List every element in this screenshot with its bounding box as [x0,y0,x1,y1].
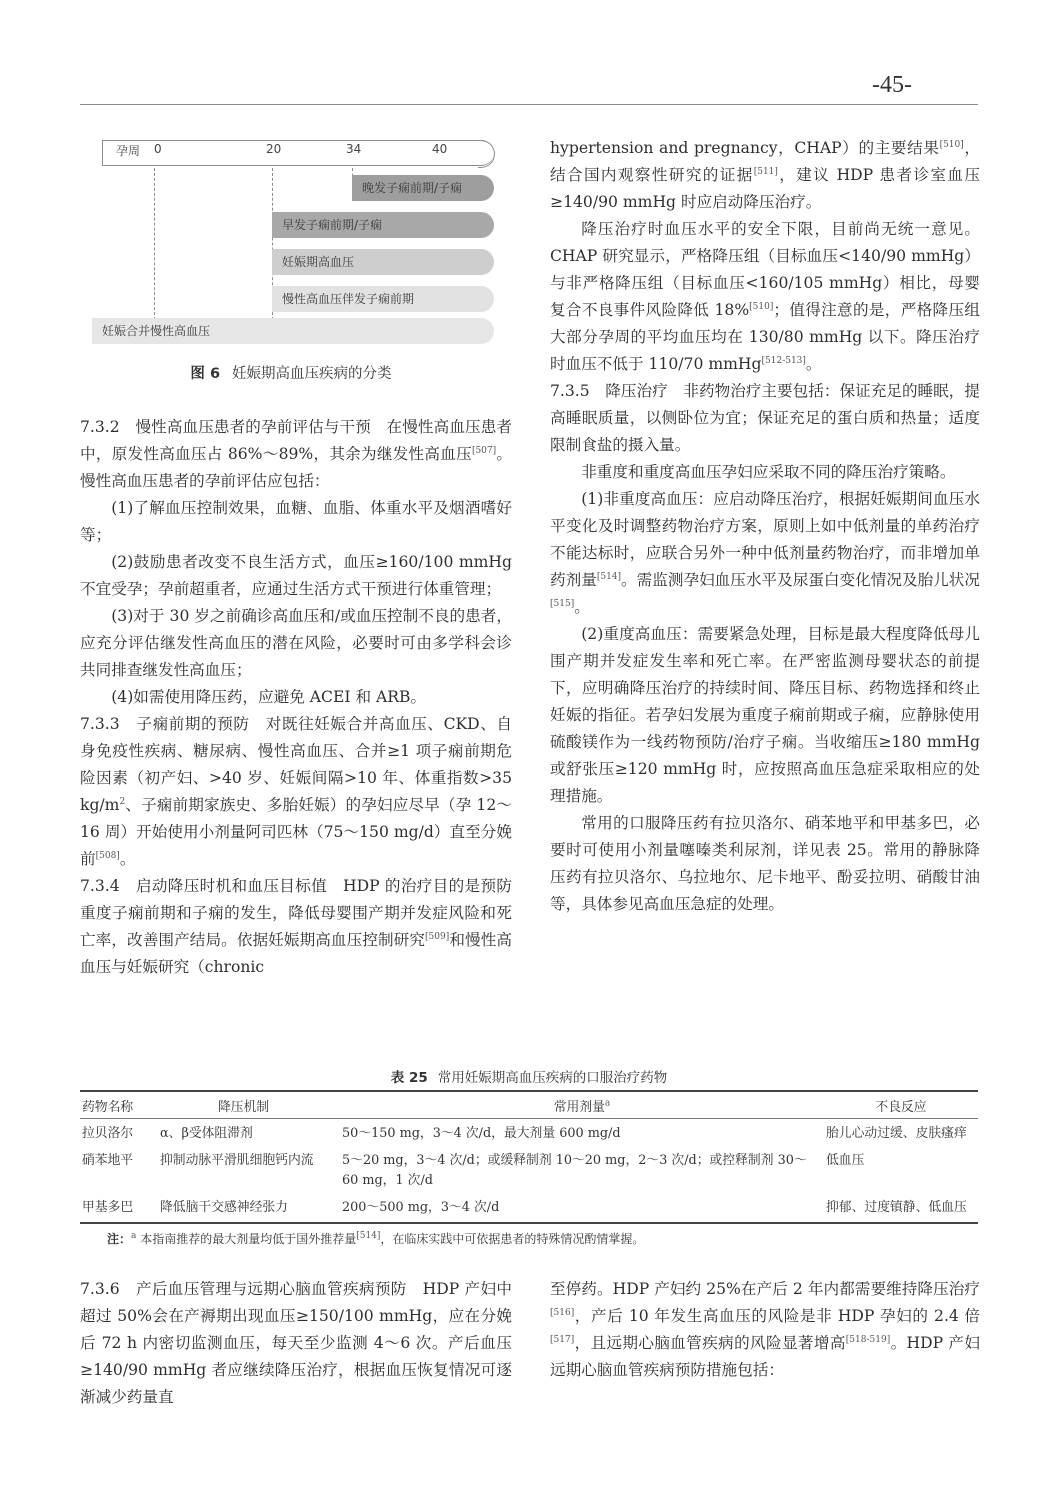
right-column: hypertension and pregnancy，CHAP）的主要结果[51… [550,135,980,918]
bar-late-onset-preeclampsia: 晚发子痫前期/子痫 [352,175,494,201]
axis-tick-0: 0 [154,142,162,156]
citation: [512-513] [762,356,806,366]
section-heading-7-3-3: 7.3.3 子痫前期的预防 [80,715,250,733]
citation: [517] [550,1335,574,1345]
axis-tick-20: 20 [266,142,281,156]
citation: [518-519] [846,1335,890,1345]
section-heading-7-3-2: 7.3.2 慢性高血压患者的孕前评估与干预 [80,418,371,436]
paragraph-treatment-strategy: 非重度和重度高血压孕妇应采取不同的降压治疗策略。 [550,459,980,486]
section-7-3-6: 7.3.6 产后血压管理与远期心脑血管疾病预防 HDP 产妇中超过 50%会在产… [80,1276,512,1411]
section-heading-7-3-6: 7.3.6 产后血压管理与远期心脑血管疾病预防 [80,1280,407,1298]
bar-chronic-hypertension-with-preeclampsia: 慢性高血压伴发子痫前期 [272,286,494,312]
figure-label: 图 6 [190,366,220,382]
list-item-1: (1)了解血压控制效果，血糖、血脂、体重水平及烟酒嗜好等； [80,495,512,549]
list-item-4: (4)如需使用降压药，应避免 ACEI 和 ARB。 [80,684,512,711]
table-row: 甲基多巴 降低脑干交感神经张力 200～500 mg，3～4 次/d 抑郁、过度… [80,1193,978,1223]
citation: [514] [356,1231,380,1241]
figure-6-classification-diagram: 孕周 0 20 34 40 晚发子痫前期/子痫 早发子痫前期/子痫 妊娠期高血压… [86,138,496,348]
bottom-left-column: 7.3.6 产后血压管理与远期心脑血管疾病预防 HDP 产妇中超过 50%会在产… [80,1276,512,1411]
left-column: 7.3.2 慢性高血压患者的孕前评估与干预 在慢性高血压患者中，原发性高血压占 … [80,414,512,981]
citation: [508] [96,851,120,861]
list-item-3: (3)对于 30 岁之前确诊高血压和/或血压控制不良的患者，应充分评估继发性高血… [80,603,512,684]
table-title: 表 25常用妊娠期高血压疾病的口服治疗药物 [80,1066,978,1086]
citation: [514] [597,572,621,582]
section-7-3-5: 7.3.5 降压治疗 非药物治疗主要包括：保证充足的睡眠，提高睡眠质量，以侧卧位… [550,378,980,459]
header-divider [80,104,978,105]
paragraph-common-drugs: 常用的口服降压药有拉贝洛尔、硝苯地平和甲基多巴，必要时可使用小剂量噻嗪类利尿剂，… [550,810,980,918]
bar-pregnancy-with-chronic-hypertension: 妊娠合并慢性高血压 [92,318,494,344]
section-7-3-3: 7.3.3 子痫前期的预防 对既往妊娠合并高血压、CKD、自身免疫性疾病、糖尿病… [80,711,512,873]
table-footnote: 注：a 本指南推荐的最大剂量均低于国外推荐量[514]，在临床实践中可依据患者的… [107,1230,644,1247]
section-heading-7-3-4: 7.3.4 启动降压时机和血压目标值 [80,877,327,895]
axis-tick-34: 34 [346,142,361,156]
citation: [510] [940,140,964,150]
header-drug-name: 药物名称 [80,1091,158,1119]
paragraph-severe-hypertension: (2)重度高血压：需要紧急处理，目标是最大程度降低母儿围产期并发症发生率和死亡率… [550,621,980,810]
header-adverse-reactions: 不良反应 [824,1091,978,1119]
paragraph-postpartum-followup: 至停药。HDP 产妇约 25%在产后 2 年内都需要维持降压治疗[516]，产后… [550,1276,980,1384]
citation: [510] [749,302,773,312]
table-row: 硝苯地平 抑制动脉平滑肌细胞钙内流 5～20 mg，3～4 次/d；或缓释制剂 … [80,1146,978,1193]
axis-title: 孕周 [116,142,140,159]
week-0-dashed-line [154,168,155,320]
paragraph-chap-results: hypertension and pregnancy，CHAP）的主要结果[51… [550,135,980,216]
citation: [511] [754,167,778,177]
citation: [509] [425,932,449,942]
section-7-3-2: 7.3.2 慢性高血压患者的孕前评估与干预 在慢性高血压患者中，原发性高血压占 … [80,414,512,495]
bar-early-onset-preeclampsia: 早发子痫前期/子痫 [272,212,494,238]
page-number: -45- [872,72,912,99]
oral-antihypertensive-table: 药物名称 降压机制 常用剂量a 不良反应 拉贝洛尔 α、β受体阻滞剂 50～15… [80,1090,978,1224]
header-mechanism: 降压机制 [158,1091,340,1119]
paragraph-non-severe-hypertension: (1)非重度高血压：应启动降压治疗，根据妊娠期间血压水平变化及时调整药物治疗方案… [550,486,980,621]
header-dose: 常用剂量a [340,1091,824,1119]
paragraph-safe-lower-limit: 降压治疗时血压水平的安全下限，目前尚无统一意见。CHAP 研究显示，严格降压组（… [550,216,980,378]
bar-gestational-hypertension: 妊娠期高血压 [272,249,494,275]
section-heading-7-3-5: 7.3.5 降压治疗 [550,382,668,400]
bottom-right-column: 至停药。HDP 产妇约 25%在产后 2 年内都需要维持降压治疗[516]，产后… [550,1276,980,1384]
section-7-3-4: 7.3.4 启动降压时机和血压目标值 HDP 的治疗目的是预防重度子痫前期和子痫… [80,873,512,981]
table-header-row: 药物名称 降压机制 常用剂量a 不良反应 [80,1091,978,1119]
citation: [516] [550,1308,574,1318]
citation: [507] [472,446,496,456]
table-label: 表 25 [391,1070,428,1086]
figure-caption: 图 6妊娠期高血压疾病的分类 [86,362,496,383]
citation: [515] [550,599,574,609]
figure-caption-text: 妊娠期高血压疾病的分类 [232,366,392,382]
table-row: 拉贝洛尔 α、β受体阻滞剂 50～150 mg，3～4 次/d，最大剂量 600… [80,1119,978,1147]
list-item-2: (2)鼓励患者改变不良生活方式，血压≥160/100 mmHg 不宜受孕；孕前超… [80,549,512,603]
axis-tick-40: 40 [432,142,447,156]
